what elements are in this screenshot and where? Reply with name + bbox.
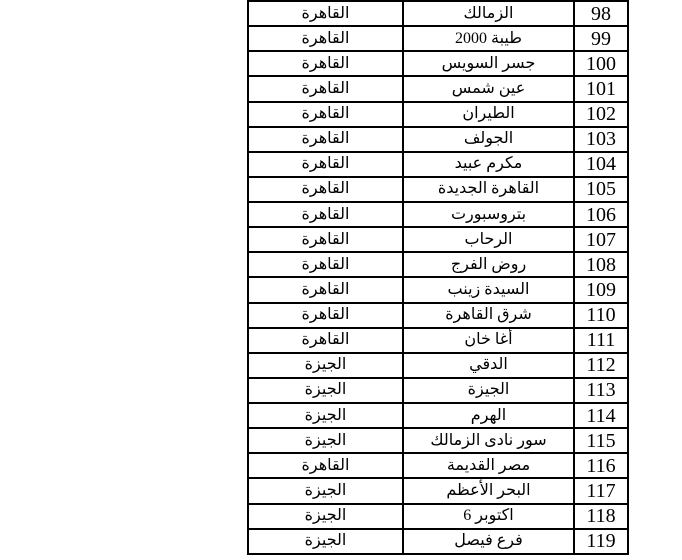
row-number-cell: 105 <box>574 177 628 202</box>
document-page: القاهرةالزمالك98القاهرةطيبة 200099القاهر… <box>0 0 682 560</box>
row-number-cell: 117 <box>574 478 628 503</box>
row-number-cell: 119 <box>574 529 628 554</box>
district-cell: الجيزة <box>403 378 574 403</box>
city-cell: الجيزة <box>248 504 403 529</box>
table-row: القاهرةالرحاب107 <box>248 227 628 252</box>
row-number-cell: 112 <box>574 353 628 378</box>
row-number-cell: 100 <box>574 51 628 76</box>
district-cell: أغا خان <box>403 328 574 353</box>
table-row: الجيزةالجيزة113 <box>248 378 628 403</box>
row-number-cell: 102 <box>574 102 628 127</box>
city-cell: القاهرة <box>248 303 403 328</box>
row-number-cell: 104 <box>574 152 628 177</box>
table-row: القاهرةجسر السويس100 <box>248 51 628 76</box>
row-number-cell: 99 <box>574 26 628 51</box>
table-row: الجيزةالدقي112 <box>248 353 628 378</box>
city-cell: القاهرة <box>248 152 403 177</box>
city-cell: القاهرة <box>248 453 403 478</box>
city-cell: القاهرة <box>248 328 403 353</box>
row-number-cell: 118 <box>574 504 628 529</box>
table-row: القاهرةالقاهرة الجديدة105 <box>248 177 628 202</box>
district-cell: البحر الأعظم <box>403 478 574 503</box>
district-cell: 6 اكتوبر <box>403 504 574 529</box>
city-cell: القاهرة <box>248 26 403 51</box>
district-cell: طيبة 2000 <box>403 26 574 51</box>
district-cell: الطيران <box>403 102 574 127</box>
stations-table: القاهرةالزمالك98القاهرةطيبة 200099القاهر… <box>247 0 629 555</box>
table-row: القاهرةأغا خان111 <box>248 328 628 353</box>
district-cell: القاهرة الجديدة <box>403 177 574 202</box>
table-body: القاهرةالزمالك98القاهرةطيبة 200099القاهر… <box>248 1 628 554</box>
city-cell: القاهرة <box>248 177 403 202</box>
row-number-cell: 116 <box>574 453 628 478</box>
city-cell: القاهرة <box>248 76 403 101</box>
table-row: الجيزةالبحر الأعظم117 <box>248 478 628 503</box>
row-number-cell: 101 <box>574 76 628 101</box>
city-cell: القاهرة <box>248 51 403 76</box>
city-cell: القاهرة <box>248 277 403 302</box>
table-row: القاهرةروض الفرج108 <box>248 252 628 277</box>
table-row: القاهرةعين شمس101 <box>248 76 628 101</box>
city-cell: القاهرة <box>248 102 403 127</box>
city-cell: الجيزة <box>248 529 403 554</box>
row-number-cell: 110 <box>574 303 628 328</box>
district-cell: روض الفرج <box>403 252 574 277</box>
table-row: القاهرةشرق القاهرة110 <box>248 303 628 328</box>
city-cell: القاهرة <box>248 227 403 252</box>
district-cell: جسر السويس <box>403 51 574 76</box>
district-cell: الهرم <box>403 403 574 428</box>
city-cell: القاهرة <box>248 252 403 277</box>
row-number-cell: 114 <box>574 403 628 428</box>
district-cell: شرق القاهرة <box>403 303 574 328</box>
city-cell: الجيزة <box>248 478 403 503</box>
district-cell: فرع فيصل <box>403 529 574 554</box>
row-number-cell: 111 <box>574 328 628 353</box>
district-cell: مكرم عبيد <box>403 152 574 177</box>
city-cell: الجيزة <box>248 403 403 428</box>
district-cell: الزمالك <box>403 1 574 26</box>
table-row: القاهرةمصر القديمة116 <box>248 453 628 478</box>
table-row: القاهرةالزمالك98 <box>248 1 628 26</box>
row-number-cell: 106 <box>574 202 628 227</box>
city-cell: الجيزة <box>248 428 403 453</box>
city-cell: القاهرة <box>248 202 403 227</box>
table-row: الجيزةسور نادى الزمالك115 <box>248 428 628 453</box>
row-number-cell: 98 <box>574 1 628 26</box>
row-number-cell: 107 <box>574 227 628 252</box>
table-row: الجيزة6 اكتوبر118 <box>248 504 628 529</box>
table-row: القاهرةالسيدة زينب109 <box>248 277 628 302</box>
row-number-cell: 103 <box>574 127 628 152</box>
row-number-cell: 108 <box>574 252 628 277</box>
row-number-cell: 115 <box>574 428 628 453</box>
city-cell: الجيزة <box>248 378 403 403</box>
city-cell: القاهرة <box>248 1 403 26</box>
district-cell: عين شمس <box>403 76 574 101</box>
row-number-cell: 113 <box>574 378 628 403</box>
table-row: الجيزةالهرم114 <box>248 403 628 428</box>
city-cell: الجيزة <box>248 353 403 378</box>
table-row: القاهرةالجولف103 <box>248 127 628 152</box>
table-row: القاهرةطيبة 200099 <box>248 26 628 51</box>
district-cell: سور نادى الزمالك <box>403 428 574 453</box>
district-cell: الرحاب <box>403 227 574 252</box>
city-cell: القاهرة <box>248 127 403 152</box>
table-row: الجيزةفرع فيصل119 <box>248 529 628 554</box>
district-cell: السيدة زينب <box>403 277 574 302</box>
district-cell: الدقي <box>403 353 574 378</box>
district-cell: الجولف <box>403 127 574 152</box>
district-cell: بتروسبورت <box>403 202 574 227</box>
row-number-cell: 109 <box>574 277 628 302</box>
table-row: القاهرةالطيران102 <box>248 102 628 127</box>
table-row: القاهرةبتروسبورت106 <box>248 202 628 227</box>
table-row: القاهرةمكرم عبيد104 <box>248 152 628 177</box>
district-cell: مصر القديمة <box>403 453 574 478</box>
